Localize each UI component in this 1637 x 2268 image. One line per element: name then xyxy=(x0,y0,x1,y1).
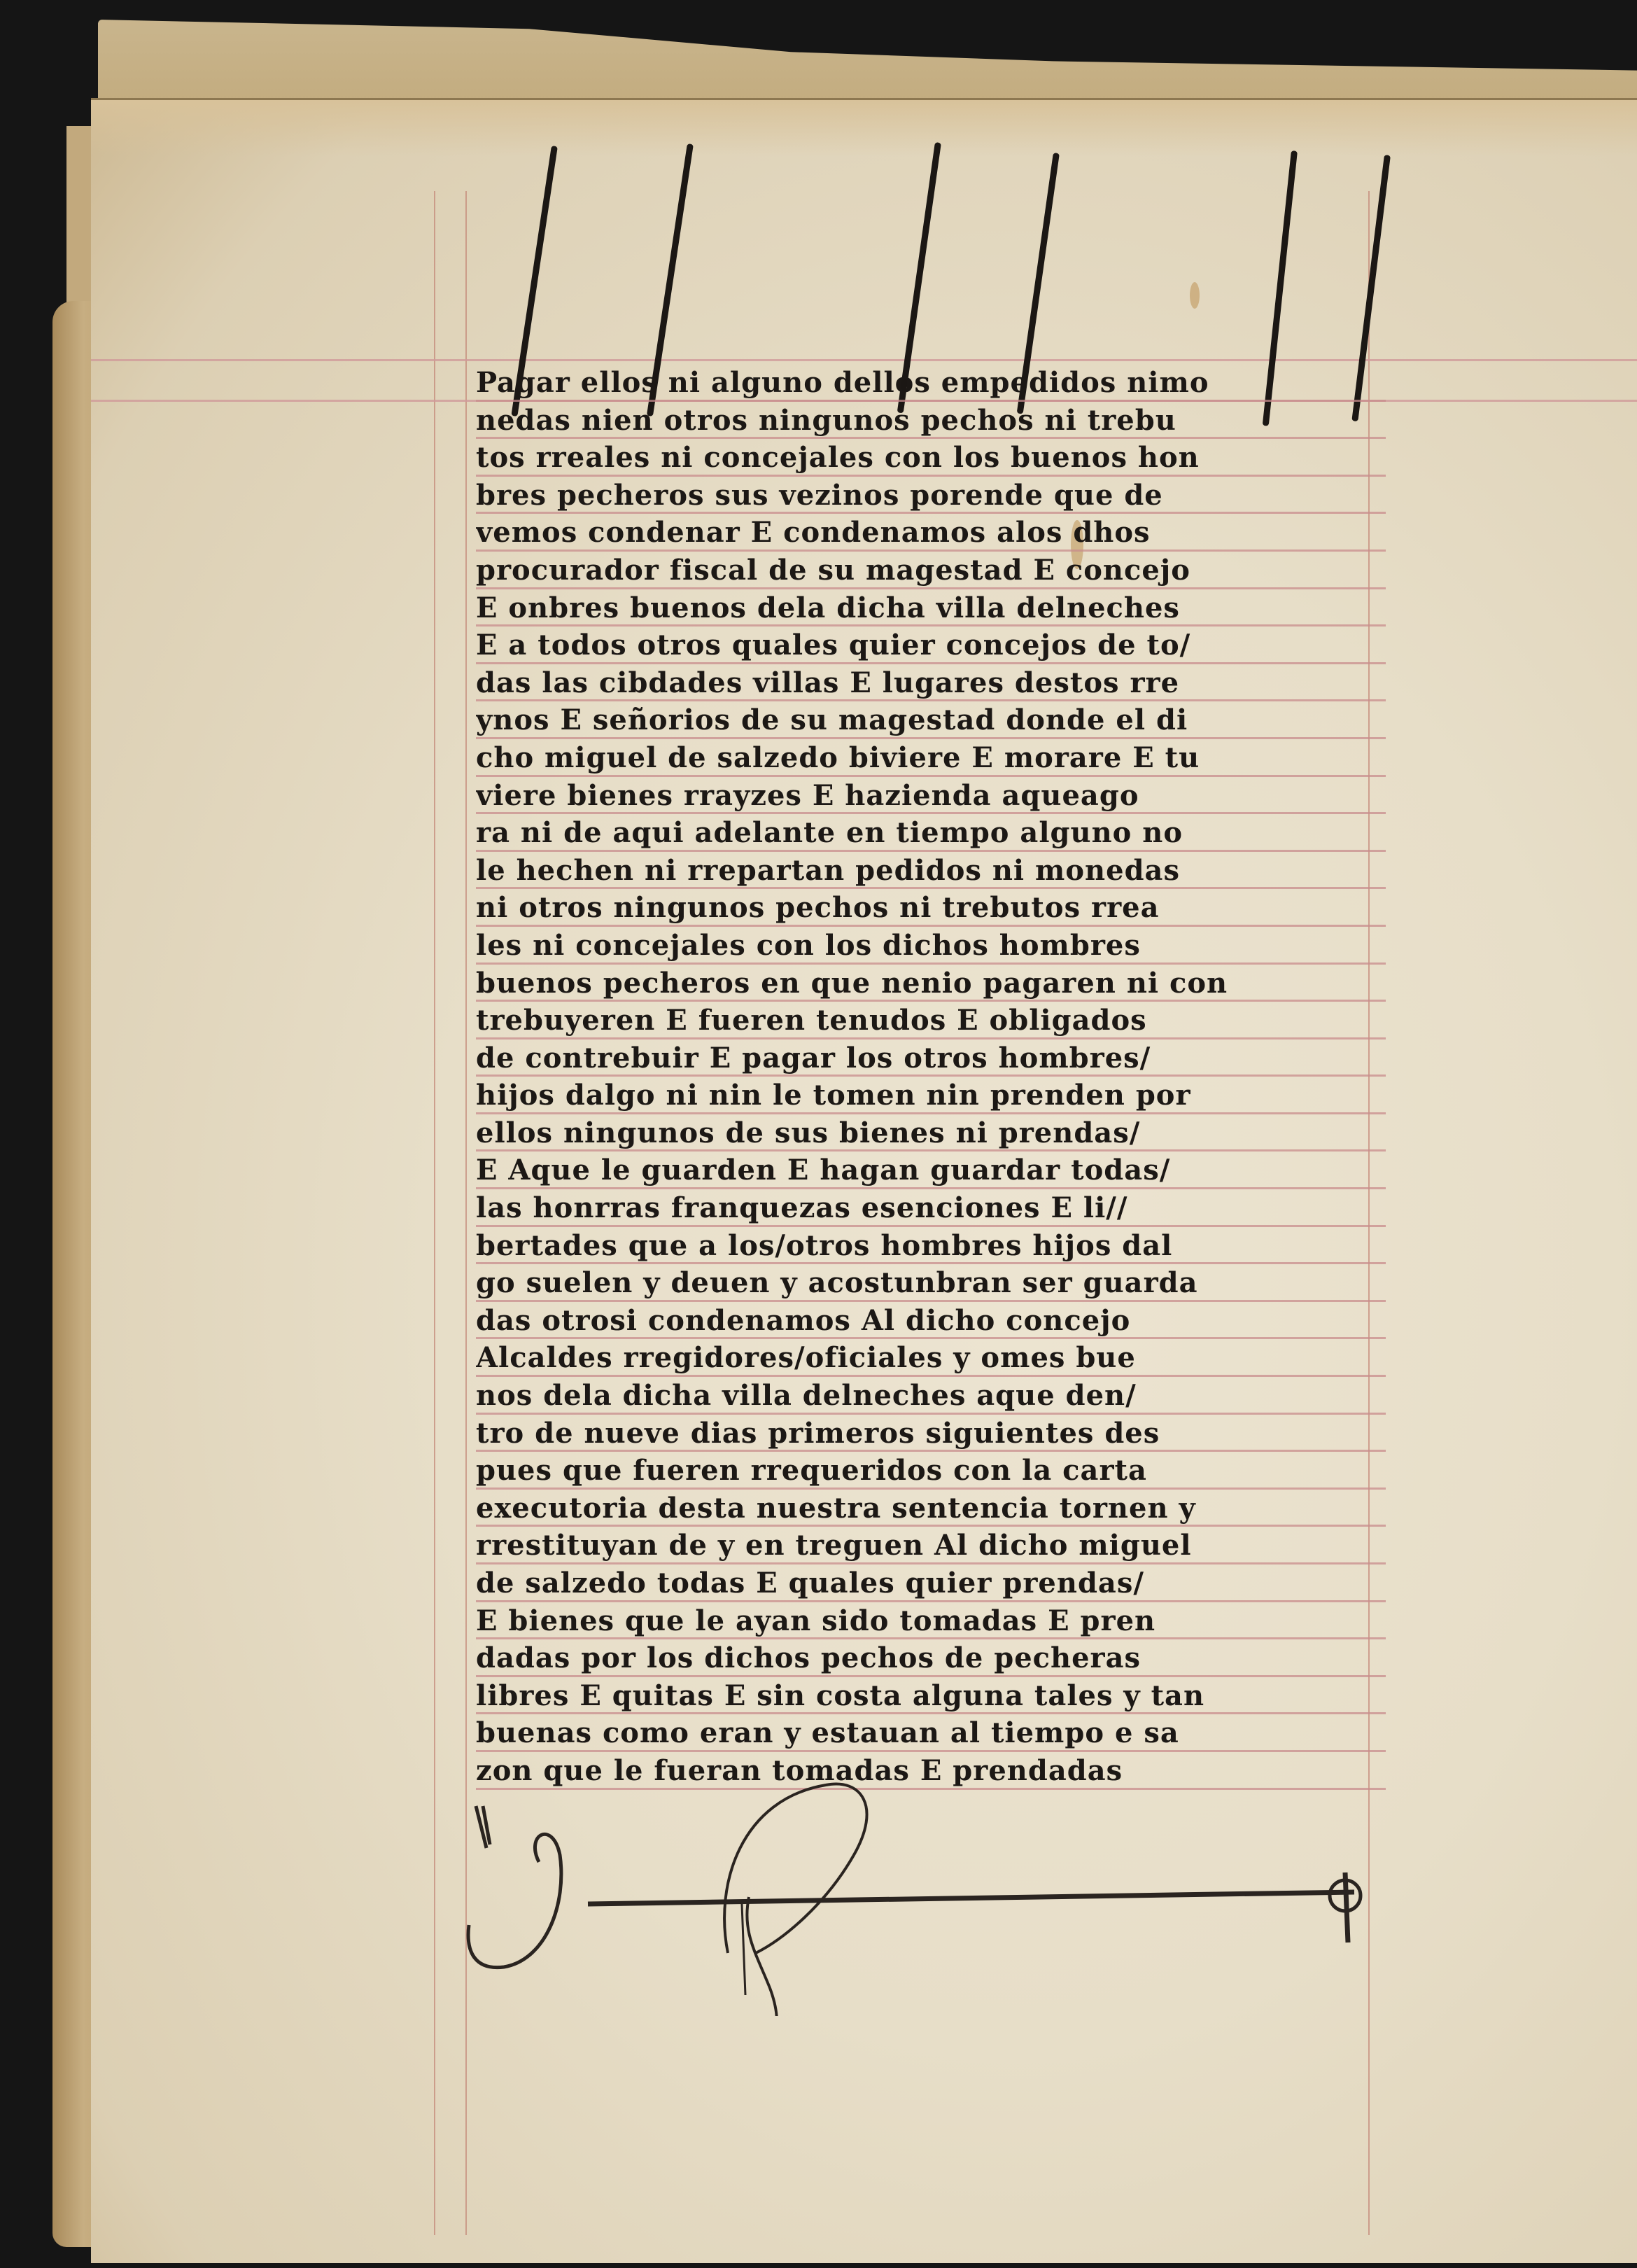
text-line: de salzedo todas E quales quier prendas/ xyxy=(476,1564,1386,1602)
text-line: bertades que a los/otros hombres hijos d… xyxy=(476,1227,1386,1265)
text-line: vemos condenar E condenamos alos dhos xyxy=(476,514,1386,552)
text-line: bres pecheros sus vezinos porende que de xyxy=(476,477,1386,514)
text-line: trebuyeren E fueren tenudos E obligados xyxy=(476,1002,1386,1039)
signature-flourish-icon xyxy=(462,1778,1372,2016)
text-line: de contrebuir E pagar los otros hombres/ xyxy=(476,1039,1386,1077)
text-line: procurador fiscal de su magestad E conce… xyxy=(476,552,1386,589)
text-line: executoria desta nuestra sentencia torne… xyxy=(476,1490,1386,1527)
stain xyxy=(1190,282,1200,309)
text-line: les ni concejales con los dichos hombres xyxy=(476,927,1386,965)
text-line: dadas por los dichos pechos de pecheras xyxy=(476,1639,1386,1677)
text-line: ni otros ningunos pechos ni trebutos rre… xyxy=(476,889,1386,927)
text-line: ellos ningunos de sus bienes ni prendas/ xyxy=(476,1114,1386,1152)
text-line: nedas nien otros ningunos pechos ni treb… xyxy=(476,402,1386,440)
text-line: Alcaldes rregidores/oficiales y omes bue xyxy=(476,1339,1386,1377)
text-line: le hechen ni rrepartan pedidos ni moneda… xyxy=(476,852,1386,890)
top-ruling-1 xyxy=(91,359,1637,361)
manuscript-text: Pagar ellos ni alguno dellos empedidos n… xyxy=(476,364,1386,1790)
text-line: cho miguel de salzedo biviere E morare E… xyxy=(476,739,1386,777)
margin-ruling-left-outer xyxy=(434,191,435,2235)
text-line: E Aque le guarden E hagan guardar todas/ xyxy=(476,1151,1386,1189)
text-line: ra ni de aqui adelante en tiempo alguno … xyxy=(476,814,1386,852)
text-line: buenos pecheros en que nenio pagaren ni … xyxy=(476,965,1386,1002)
text-line: buenas como eran y estauan al tiempo e s… xyxy=(476,1714,1386,1752)
text-line: nos dela dicha villa delneches aque den/ xyxy=(476,1377,1386,1415)
text-line: go suelen y deuen y acostunbran ser guar… xyxy=(476,1264,1386,1302)
text-line: E bienes que le ayan sido tomadas E pren xyxy=(476,1602,1386,1640)
notarial-signature xyxy=(462,1778,1372,2016)
text-line: ynos E señorios de su magestad donde el … xyxy=(476,701,1386,739)
text-line: rrestituyan de y en treguen Al dicho mig… xyxy=(476,1527,1386,1564)
text-line: pues que fueren rrequeridos con la carta xyxy=(476,1452,1386,1490)
text-line: Pagar ellos ni alguno dellos empedidos n… xyxy=(476,364,1386,402)
text-line: das otrosi condenamos Al dicho concejo xyxy=(476,1302,1386,1340)
text-line: las honrras franquezas esenciones E li// xyxy=(476,1189,1386,1227)
text-line: das las cibdades villas E lugares destos… xyxy=(476,664,1386,702)
text-line: tro de nueve dias primeros siguientes de… xyxy=(476,1415,1386,1452)
text-line: libres E quitas E sin costa alguna tales… xyxy=(476,1677,1386,1715)
text-line: E a todos otros quales quier concejos de… xyxy=(476,626,1386,664)
text-line: tos rreales ni concejales con los buenos… xyxy=(476,439,1386,477)
text-line: E onbres buenos dela dicha villa delnech… xyxy=(476,589,1386,627)
text-line: hijos dalgo ni nin le tomen nin prenden … xyxy=(476,1077,1386,1114)
text-line: viere bienes rrayzes E hazienda aqueago xyxy=(476,777,1386,815)
